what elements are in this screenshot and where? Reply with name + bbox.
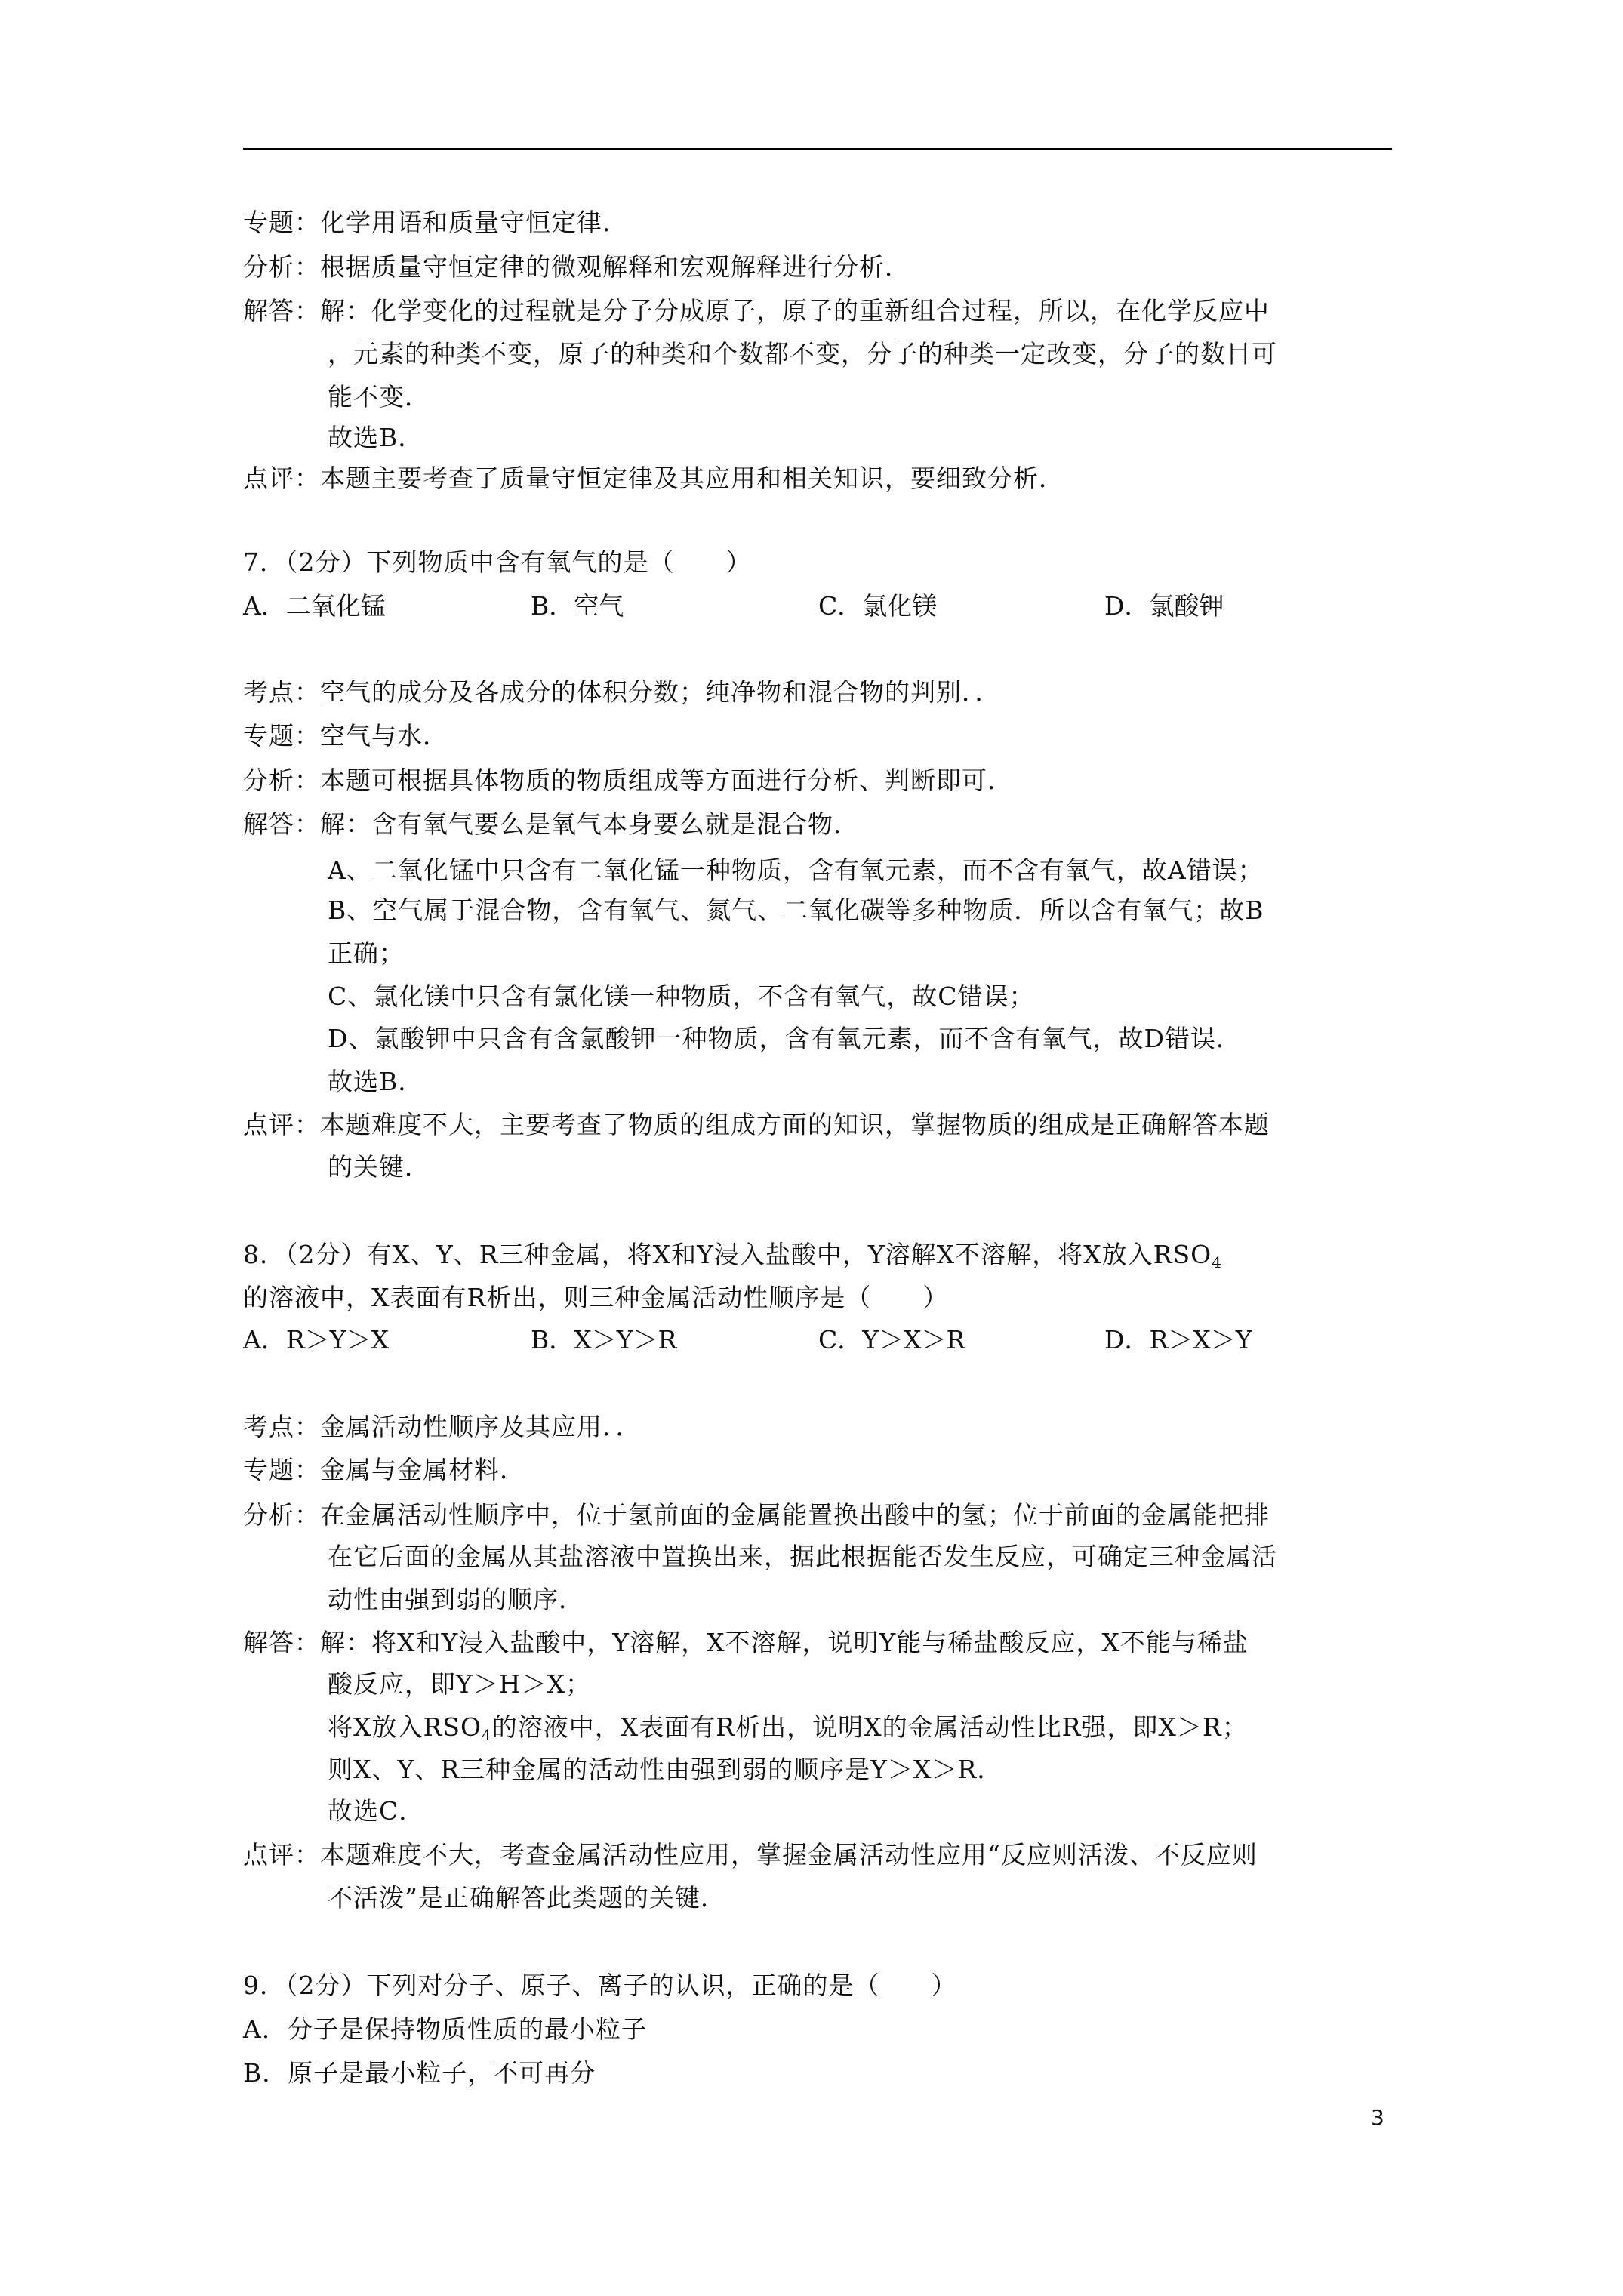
q7-answer-line: 解答：解：含有氧气要么是氧气本身要么就是混合物． [243,809,859,840]
page-number: 3 [1371,2105,1384,2130]
q7-analysis: 分析：本题可根据具体物质的物质组成等方面进行分析、判断即可． [243,766,1013,796]
q6-topic: 专题：化学用语和质量守恒定律． [243,208,628,238]
q6-answer-line: 解答：解：化学变化的过程就是分子分成原子，原子的重新组合过程，所以，在化学反应中 [243,296,1270,326]
q8-stem-text: 8．（2分）有X、Y、R三种金属，将X和Y浸入盐酸中，Y溶解X不溶解，将X放入R… [243,1240,1212,1269]
q8-answer-line: 则X、Y、R三种金属的活动性由强到弱的顺序是Y＞X＞R． [328,1755,1002,1785]
q8-answer-subscript: 4 [482,1726,492,1744]
q6-answer-choice: 故选B． [328,423,423,453]
q7-point: 考点：空气的成分及各成分的体积分数；纯净物和混合物的判别．． [243,677,1001,707]
q6-comment: 点评：本题主要考查了质量守恒定律及其应用和相关知识，要细致分析． [243,464,1064,494]
q8-option-a: A．R＞Y＞X [243,1325,389,1355]
q7-answer-line: A、二氧化锰中只含有二氧化锰一种物质，含有氧元素，而不含有氧气，故A错误； [328,855,1264,886]
q9-option-b: B．原子是最小粒子，不可再分 [243,2058,596,2088]
q7-answer-choice: 故选B． [328,1067,423,1097]
q7-comment-line: 点评：本题难度不大，主要考查了物质的组成方面的知识，掌握物质的组成是正确解答本题 [243,1110,1270,1140]
q8-answer-line: 酸反应，即Y＞H＞X； [328,1669,591,1700]
q8-option-c: C．Y＞X＞R [818,1325,965,1355]
q8-comment-line: 点评：本题难度不大，考查金属活动性应用，掌握金属活动性应用“反应则活泼、不反应则 [243,1840,1258,1870]
q7-answer-line: D、氯酸钾中只含有含氯酸钾一种物质，含有氧元素，而不含有氧气，故D错误． [328,1024,1242,1054]
q8-stem-line1: 8．（2分）有X、Y、R三种金属，将X和Y浸入盐酸中，Y溶解X不溶解，将X放入R… [243,1240,1222,1277]
q8-topic: 专题：金属与金属材料． [243,1455,525,1485]
q8-comment-line: 不活泼”是正确解答此类题的关键． [328,1883,726,1913]
q7-stem: 7．（2分）下列物质中含有氧气的是（ ） [243,547,752,578]
q8-answer-text: 将X放入RSO [328,1712,482,1742]
q8-option-d: D．R＞X＞Y [1104,1325,1252,1355]
q8-point: 考点：金属活动性顺序及其应用．． [243,1412,642,1442]
header-rule [243,148,1392,150]
q7-option-a: A．二氧化锰 [243,591,386,621]
q8-analysis-line: 在它后面的金属从其盐溶液中置换出来，据此根据能否发生反应，可确定三种金属活 [328,1542,1277,1572]
q8-stem-subscript: 4 [1212,1253,1222,1271]
q9-stem: 9．（2分）下列对分子、原子、离子的认识，正确的是（ ） [243,1971,957,2001]
q7-answer-line: B、空气属于混合物，含有氧气、氮气、二氧化碳等多种物质．所以含有氧气；故B [328,895,1264,926]
q8-answer-choice: 故选C． [328,1796,424,1826]
q7-option-c: C．氯化镁 [818,591,937,621]
q7-option-d: D．氯酸钾 [1104,591,1224,621]
q8-answer-line: 解答：解：将X和Y浸入盐酸中，Y溶解，X不溶解，说明Y能与稀盐酸反应，X不能与稀… [243,1628,1249,1658]
q7-topic: 专题：空气与水． [243,721,448,751]
q7-comment-line: 的关键． [328,1152,430,1182]
q9-option-a: A．分子是保持物质性质的最小粒子 [243,2014,647,2045]
q8-option-b: B．X＞Y＞R [531,1325,676,1355]
q8-stem-line2: 的溶液中，X表面有R析出，则三种金属活动性顺序是（ ） [243,1283,948,1313]
q7-answer-line: 正确； [328,938,405,969]
q8-analysis-line: 分析：在金属活动性顺序中，位于氢前面的金属能置换出酸中的氢；位于前面的金属能把排 [243,1500,1270,1530]
q6-answer-line: 能不变． [328,382,430,412]
q7-option-b: B．空气 [531,591,624,621]
q6-answer-line: ，元素的种类不变，原子的种类和个数都不变，分子的种类一定改变，分子的数目可 [328,339,1277,369]
q7-answer-line: C、氯化镁中只含有氯化镁一种物质，不含有氧气，故C错误； [328,982,1035,1012]
q8-answer-text: 的溶液中，X表面有R析出，说明X的金属活动性比R强，即X＞R； [492,1712,1248,1742]
q8-answer-line-formula: 将X放入RSO4的溶液中，X表面有R析出，说明X的金属活动性比R强，即X＞R； [328,1712,1248,1750]
q6-analysis: 分析：根据质量守恒定律的微观解释和宏观解释进行分析． [243,252,910,282]
q8-analysis-line: 动性由强到弱的顺序． [328,1585,584,1615]
